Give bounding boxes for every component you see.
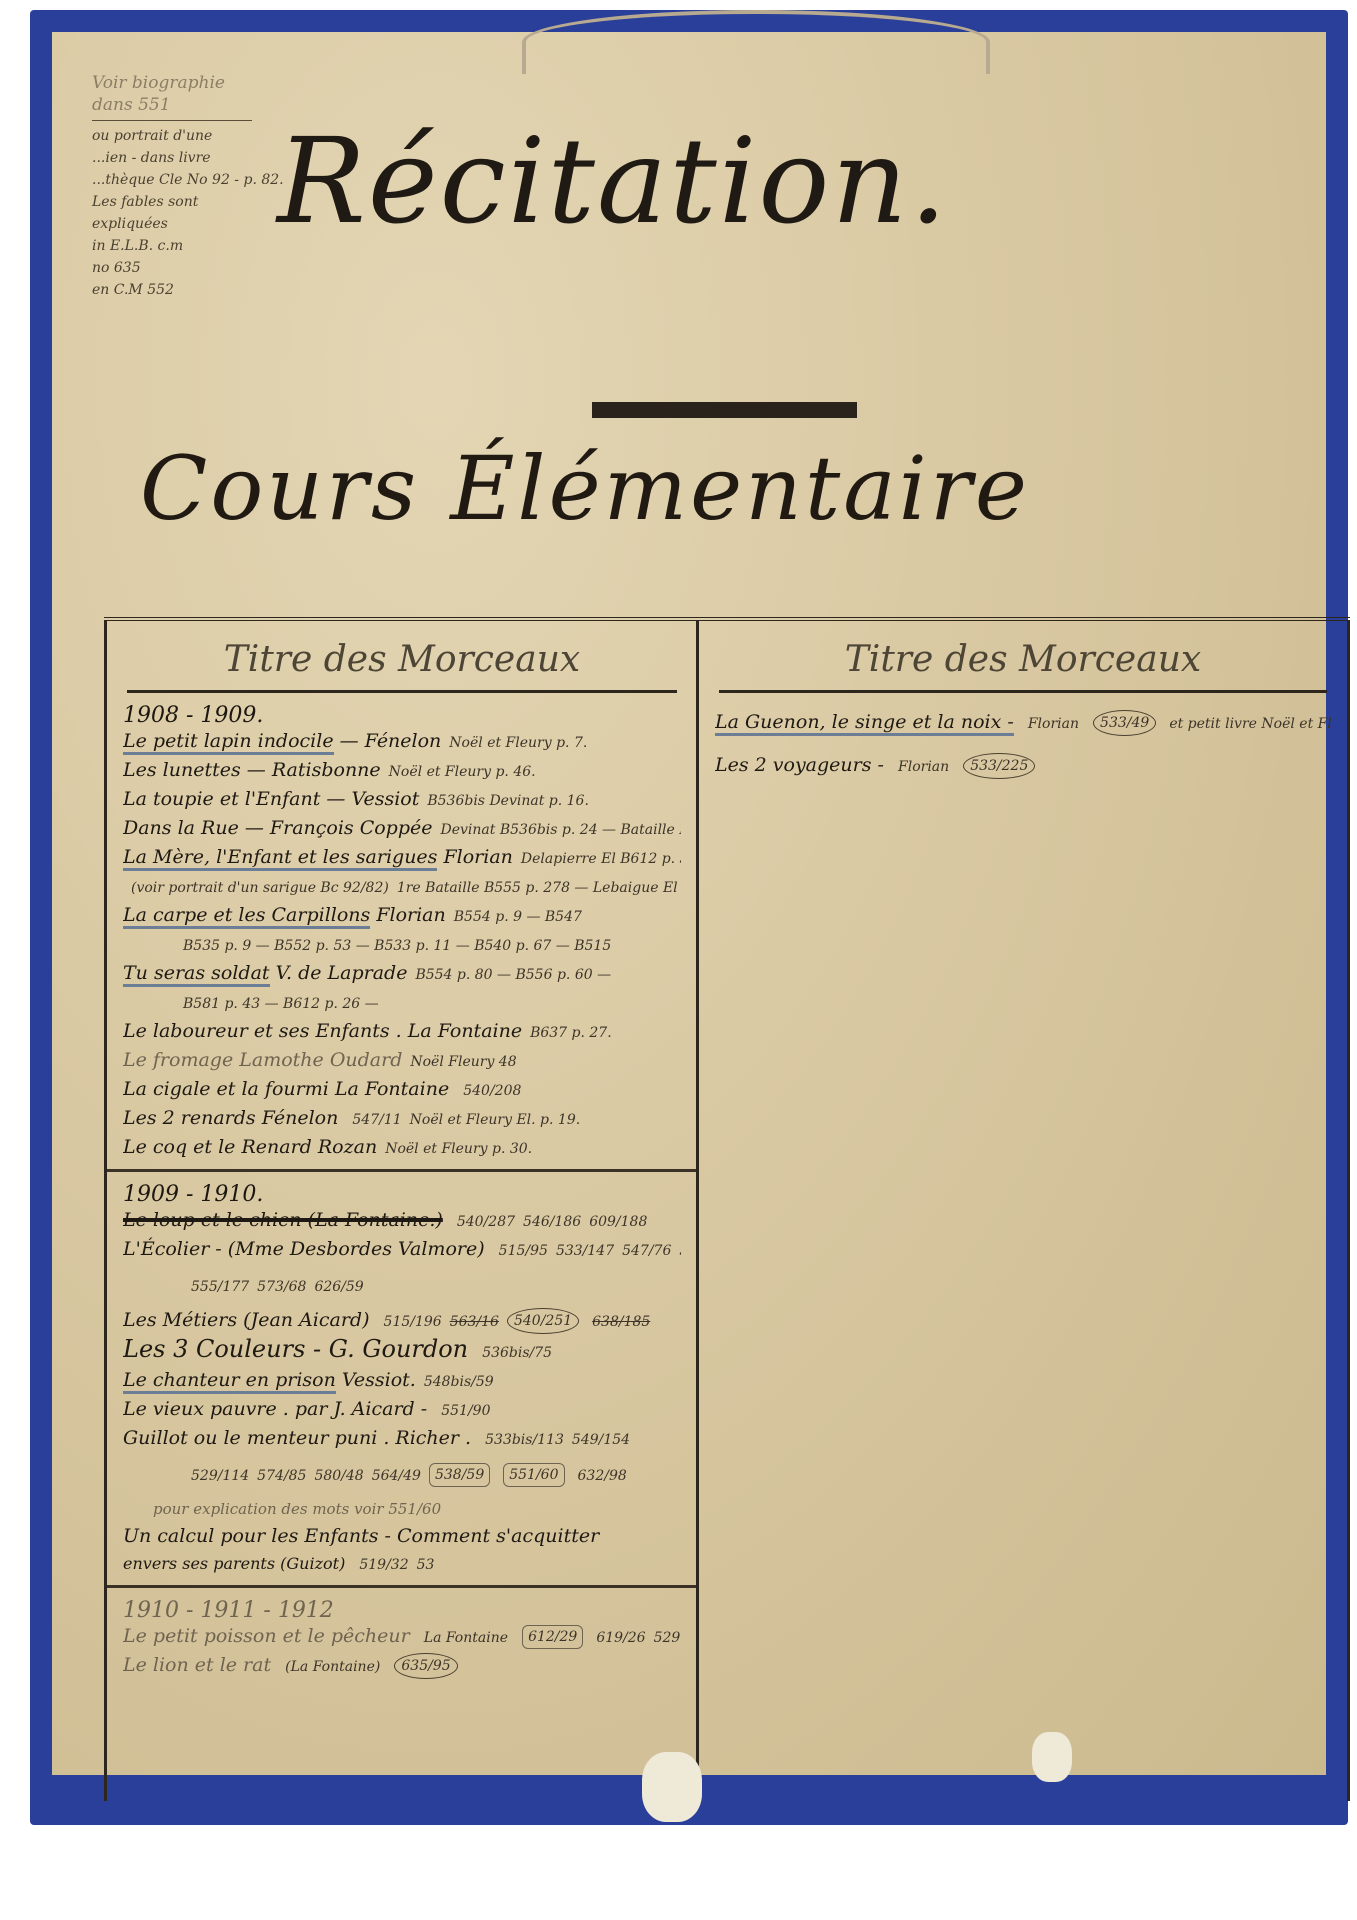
blue-board-frame: Voir biographie dans 551 ou portrait d'u… <box>30 10 1348 1825</box>
paper-damage <box>642 1752 702 1822</box>
list-item: Les lunettes — RatisbonneNoël et Fleury … <box>123 757 681 786</box>
recitation-table: Titre des Morceaux 1908 - 1909. Le petit… <box>104 617 1350 1801</box>
year-heading: 1909 - 1910. <box>123 1182 681 1207</box>
list-item: Le chanteur en prison Vessiot.548bis/59 <box>123 1367 681 1396</box>
list-item: L'Écolier - (Mme Desbordes Valmore) 515/… <box>123 1236 681 1265</box>
list-item: Le loup et le chien (La Fontaine.) 540/2… <box>123 1207 681 1236</box>
list-item: Les Métiers (Jean Aicard) 515/196563/165… <box>123 1307 681 1336</box>
section-1908-1909: 1908 - 1909. Le petit lapin indocile — F… <box>107 693 697 1172</box>
section-1910-1912: 1910 - 1911 - 1912 Le petit poisson et l… <box>107 1588 697 1687</box>
list-item: Les 3 Couleurs - G. Gourdon 536bis/75 <box>123 1336 681 1367</box>
title-underline <box>592 402 857 418</box>
divider <box>92 120 252 121</box>
page-title: Récitation. <box>277 112 949 250</box>
list-item: Les 2 voyageurs - Florian 533/225 <box>715 752 1331 781</box>
list-item: B535 p. 9 — B552 p. 53 — B533 p. 11 — B5… <box>123 931 681 960</box>
list-item: Dans la Rue — François CoppéeDevinat B53… <box>123 815 681 844</box>
list-item: Le petit poisson et le pêcheur La Fontai… <box>123 1623 681 1652</box>
list-item: Le petit lapin indocile — FénelonNoël et… <box>123 728 681 757</box>
left-column: Titre des Morceaux 1908 - 1909. Le petit… <box>104 621 697 1801</box>
list-item: Guillot ou le menteur puni . Richer . 53… <box>123 1425 681 1454</box>
list-item: La Mère, l'Enfant et les sarigues Floria… <box>123 844 681 873</box>
list-item: Un calcul pour les Enfants - Comment s'a… <box>123 1523 681 1550</box>
page-subtitle: Cours Élémentaire <box>140 437 1030 540</box>
list-item: Les 2 renards Fénelon 547/11Noël et Fleu… <box>123 1105 681 1134</box>
list-item: Le lion et le rat (La Fontaine) 635/95 <box>123 1652 681 1681</box>
hanging-string <box>522 10 990 74</box>
list-item: Le laboureur et ses Enfants . La Fontain… <box>123 1018 681 1047</box>
list-item: B581 p. 43 — B612 p. 26 — <box>123 989 681 1018</box>
right-column: Titre des Morceaux La Guenon, le singe e… <box>696 621 1350 1801</box>
list-item: 529/114574/85580/48564/49538/59551/60632… <box>123 1454 681 1496</box>
year-heading: 1908 - 1909. <box>123 703 681 728</box>
paper-sheet: Voir biographie dans 551 ou portrait d'u… <box>52 32 1326 1775</box>
list-item: envers ses parents (Guizot) 519/3253 <box>123 1550 681 1579</box>
list-item: La cigale et la fourmi La Fontaine 540/2… <box>123 1076 681 1105</box>
right-entries: La Guenon, le singe et la noix - Florian… <box>699 693 1347 787</box>
list-item: pour explication des mots voir 551/60 <box>123 1496 681 1523</box>
list-item: (voir portrait d'un sarigue Bc 92/82)1re… <box>123 873 681 902</box>
list-item: Le fromage Lamothe OudardNoël Fleury 48 <box>123 1047 681 1076</box>
year-heading: 1910 - 1911 - 1912 <box>123 1598 681 1623</box>
section-1909-1910: 1909 - 1910. Le loup et le chien (La Fon… <box>107 1172 697 1588</box>
list-item: La carpe et les Carpillons FlorianB554 p… <box>123 902 681 931</box>
list-item: Le vieux pauvre . par J. Aicard - 551/90 <box>123 1396 681 1425</box>
list-item: Le coq et le Renard RozanNoël et Fleury … <box>123 1134 681 1163</box>
paper-damage <box>1032 1732 1072 1782</box>
list-item: La toupie et l'Enfant — VessiotB536bis D… <box>123 786 681 815</box>
list-item: La Guenon, le singe et la noix - Florian… <box>715 709 1331 738</box>
column-header: Titre des Morceaux <box>719 621 1327 693</box>
list-item: 555/177573/68626/59 <box>123 1265 681 1307</box>
list-item: Tu seras soldat V. de LapradeB554 p. 80 … <box>123 960 681 989</box>
column-header: Titre des Morceaux <box>127 621 677 693</box>
